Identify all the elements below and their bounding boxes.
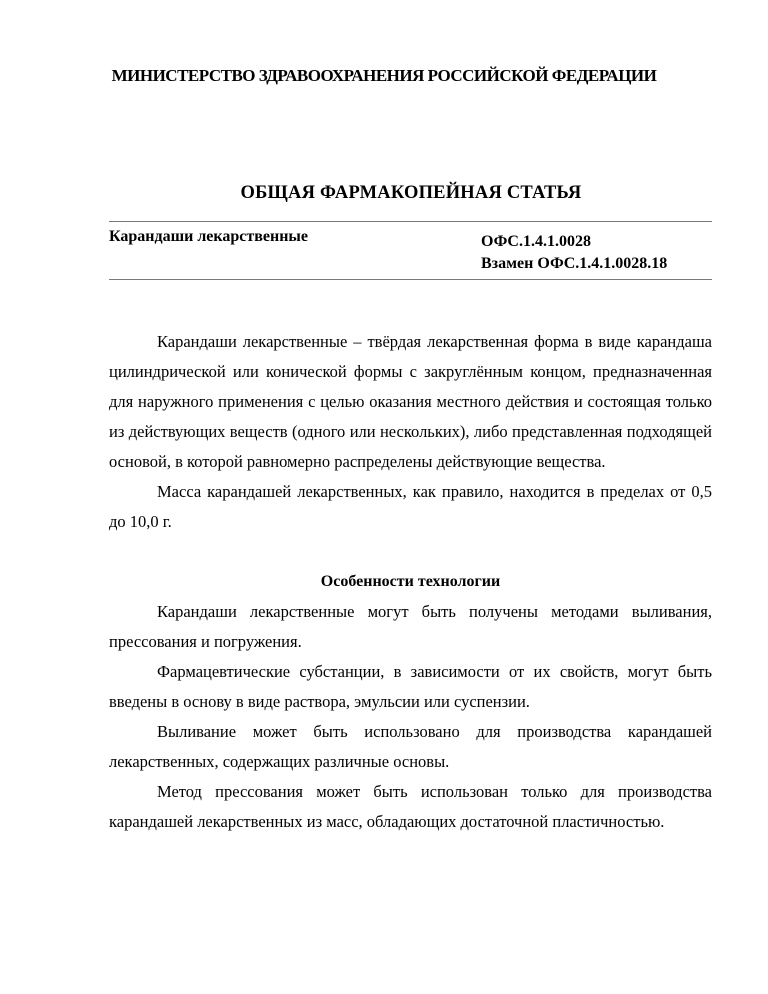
paragraph-substances: Фармацевтические субстанции, в зависимос… [109, 657, 712, 717]
intro-section: Карандаши лекарственные – твёрдая лекарс… [109, 327, 712, 537]
replaces-code: Взамен ОФС.1.4.1.0028.18 [481, 250, 667, 278]
article-codes: ОФС.1.4.1.0028 Взамен ОФС.1.4.1.0028.18 [481, 228, 667, 278]
header-divider-top [109, 221, 712, 222]
technology-section: Особенности технологии Карандаши лекарст… [109, 567, 712, 837]
paragraph-pouring: Выливание может быть использовано для пр… [109, 717, 712, 777]
document-type-title: ОБЩАЯ ФАРМАКОПЕЙНАЯ СТАТЬЯ [0, 183, 768, 204]
paragraph-methods: Карандаши лекарственные могут быть получ… [109, 597, 712, 657]
document-page: МИНИСТЕРСТВО ЗДРАВООХРАНЕНИЯ РОССИЙСКОЙ … [0, 0, 768, 994]
section-heading: Особенности технологии [109, 567, 712, 597]
ministry-header: МИНИСТЕРСТВО ЗДРАВООХРАНЕНИЯ РОССИЙСКОЙ … [0, 66, 768, 86]
paragraph-pressing: Метод прессования может быть использован… [109, 777, 712, 837]
paragraph-definition: Карандаши лекарственные – твёрдая лекарс… [109, 327, 712, 477]
header-divider-bottom [109, 279, 712, 280]
paragraph-mass: Масса карандашей лекарственных, как прав… [109, 477, 712, 537]
article-name: Карандаши лекарственные [109, 228, 308, 246]
